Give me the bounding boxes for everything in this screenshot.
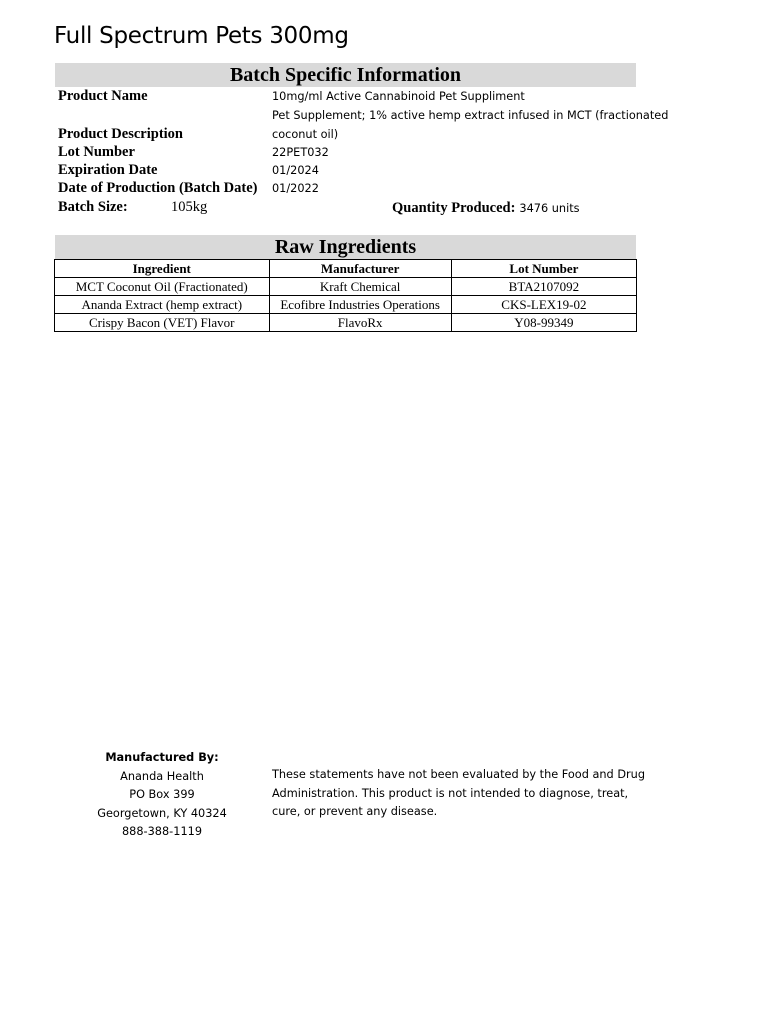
manufacturer-cell: FlavoRx <box>269 314 451 332</box>
product-description-label: Product Description <box>58 125 183 144</box>
product-name-label: Product Name <box>58 87 148 106</box>
fda-disclaimer: These statements have not been evaluated… <box>272 766 652 822</box>
batch-size-row: Batch Size: 105kg Quantity Produced: 347… <box>58 198 658 217</box>
product-description-value-line2: coconut oil) <box>272 125 338 144</box>
raw-ingredients-table: Ingredient Manufacturer Lot Number MCT C… <box>54 259 637 332</box>
quantity-produced-value: 3476 units <box>519 202 579 215</box>
production-date-label: Date of Production (Batch Date) <box>58 179 257 198</box>
quantity-produced: Quantity Produced: 3476 units <box>392 198 580 218</box>
product-description-line1-row: Pet Supplement; 1% active hemp extract i… <box>58 106 658 125</box>
product-description-row: Product Description coconut oil) <box>58 125 658 144</box>
product-description-value-line1: Pet Supplement; 1% active hemp extract i… <box>272 106 668 125</box>
lot-number-cell: BTA2107092 <box>451 278 636 296</box>
manufacturer-title: Manufactured By: <box>82 749 242 768</box>
document-title: Full Spectrum Pets 300mg <box>54 20 349 52</box>
manufacturer-address-line1: PO Box 399 <box>82 786 242 805</box>
lot-number-cell: CKS-LEX19-02 <box>451 296 636 314</box>
ingredient-cell: MCT Coconut Oil (Fractionated) <box>55 278 270 296</box>
table-header-row: Ingredient Manufacturer Lot Number <box>55 260 637 278</box>
production-date-row: Date of Production (Batch Date) 01/2022 <box>58 179 658 198</box>
lot-number-label: Lot Number <box>58 143 135 162</box>
manufacturer-cell: Kraft Chemical <box>269 278 451 296</box>
lot-number-row: Lot Number 22PET032 <box>58 143 658 162</box>
raw-ingredients-header: Raw Ingredients <box>55 235 636 259</box>
lot-number-cell: Y08-99349 <box>451 314 636 332</box>
product-name-row: Product Name 10mg/ml Active Cannabinoid … <box>58 87 658 106</box>
lot-number-value: 22PET032 <box>272 143 329 162</box>
manufacturer-address-line2: Georgetown, KY 40324 <box>82 805 242 824</box>
batch-size-label: Batch Size: <box>58 198 128 217</box>
production-date-value: 01/2022 <box>272 179 319 198</box>
manufacturer-block: Manufactured By: Ananda Health PO Box 39… <box>82 749 242 842</box>
batch-size-value: 105kg <box>171 198 207 217</box>
manufacturer-phone: 888-388-1119 <box>82 823 242 842</box>
table-row: Crispy Bacon (VET) Flavor FlavoRx Y08-99… <box>55 314 637 332</box>
expiration-date-label: Expiration Date <box>58 161 157 180</box>
manufacturer-name: Ananda Health <box>82 768 242 787</box>
expiration-date-value: 01/2024 <box>272 161 319 180</box>
product-name-value: 10mg/ml Active Cannabinoid Pet Supplimen… <box>272 87 525 106</box>
ingredient-cell: Crispy Bacon (VET) Flavor <box>55 314 270 332</box>
expiration-date-row: Expiration Date 01/2024 <box>58 161 658 180</box>
batch-info-header: Batch Specific Information <box>55 63 636 87</box>
column-header-lot-number: Lot Number <box>451 260 636 278</box>
table-row: MCT Coconut Oil (Fractionated) Kraft Che… <box>55 278 637 296</box>
ingredient-cell: Ananda Extract (hemp extract) <box>55 296 270 314</box>
column-header-manufacturer: Manufacturer <box>269 260 451 278</box>
manufacturer-cell: Ecofibre Industries Operations <box>269 296 451 314</box>
table-row: Ananda Extract (hemp extract) Ecofibre I… <box>55 296 637 314</box>
column-header-ingredient: Ingredient <box>55 260 270 278</box>
quantity-produced-label: Quantity Produced: <box>392 200 515 216</box>
